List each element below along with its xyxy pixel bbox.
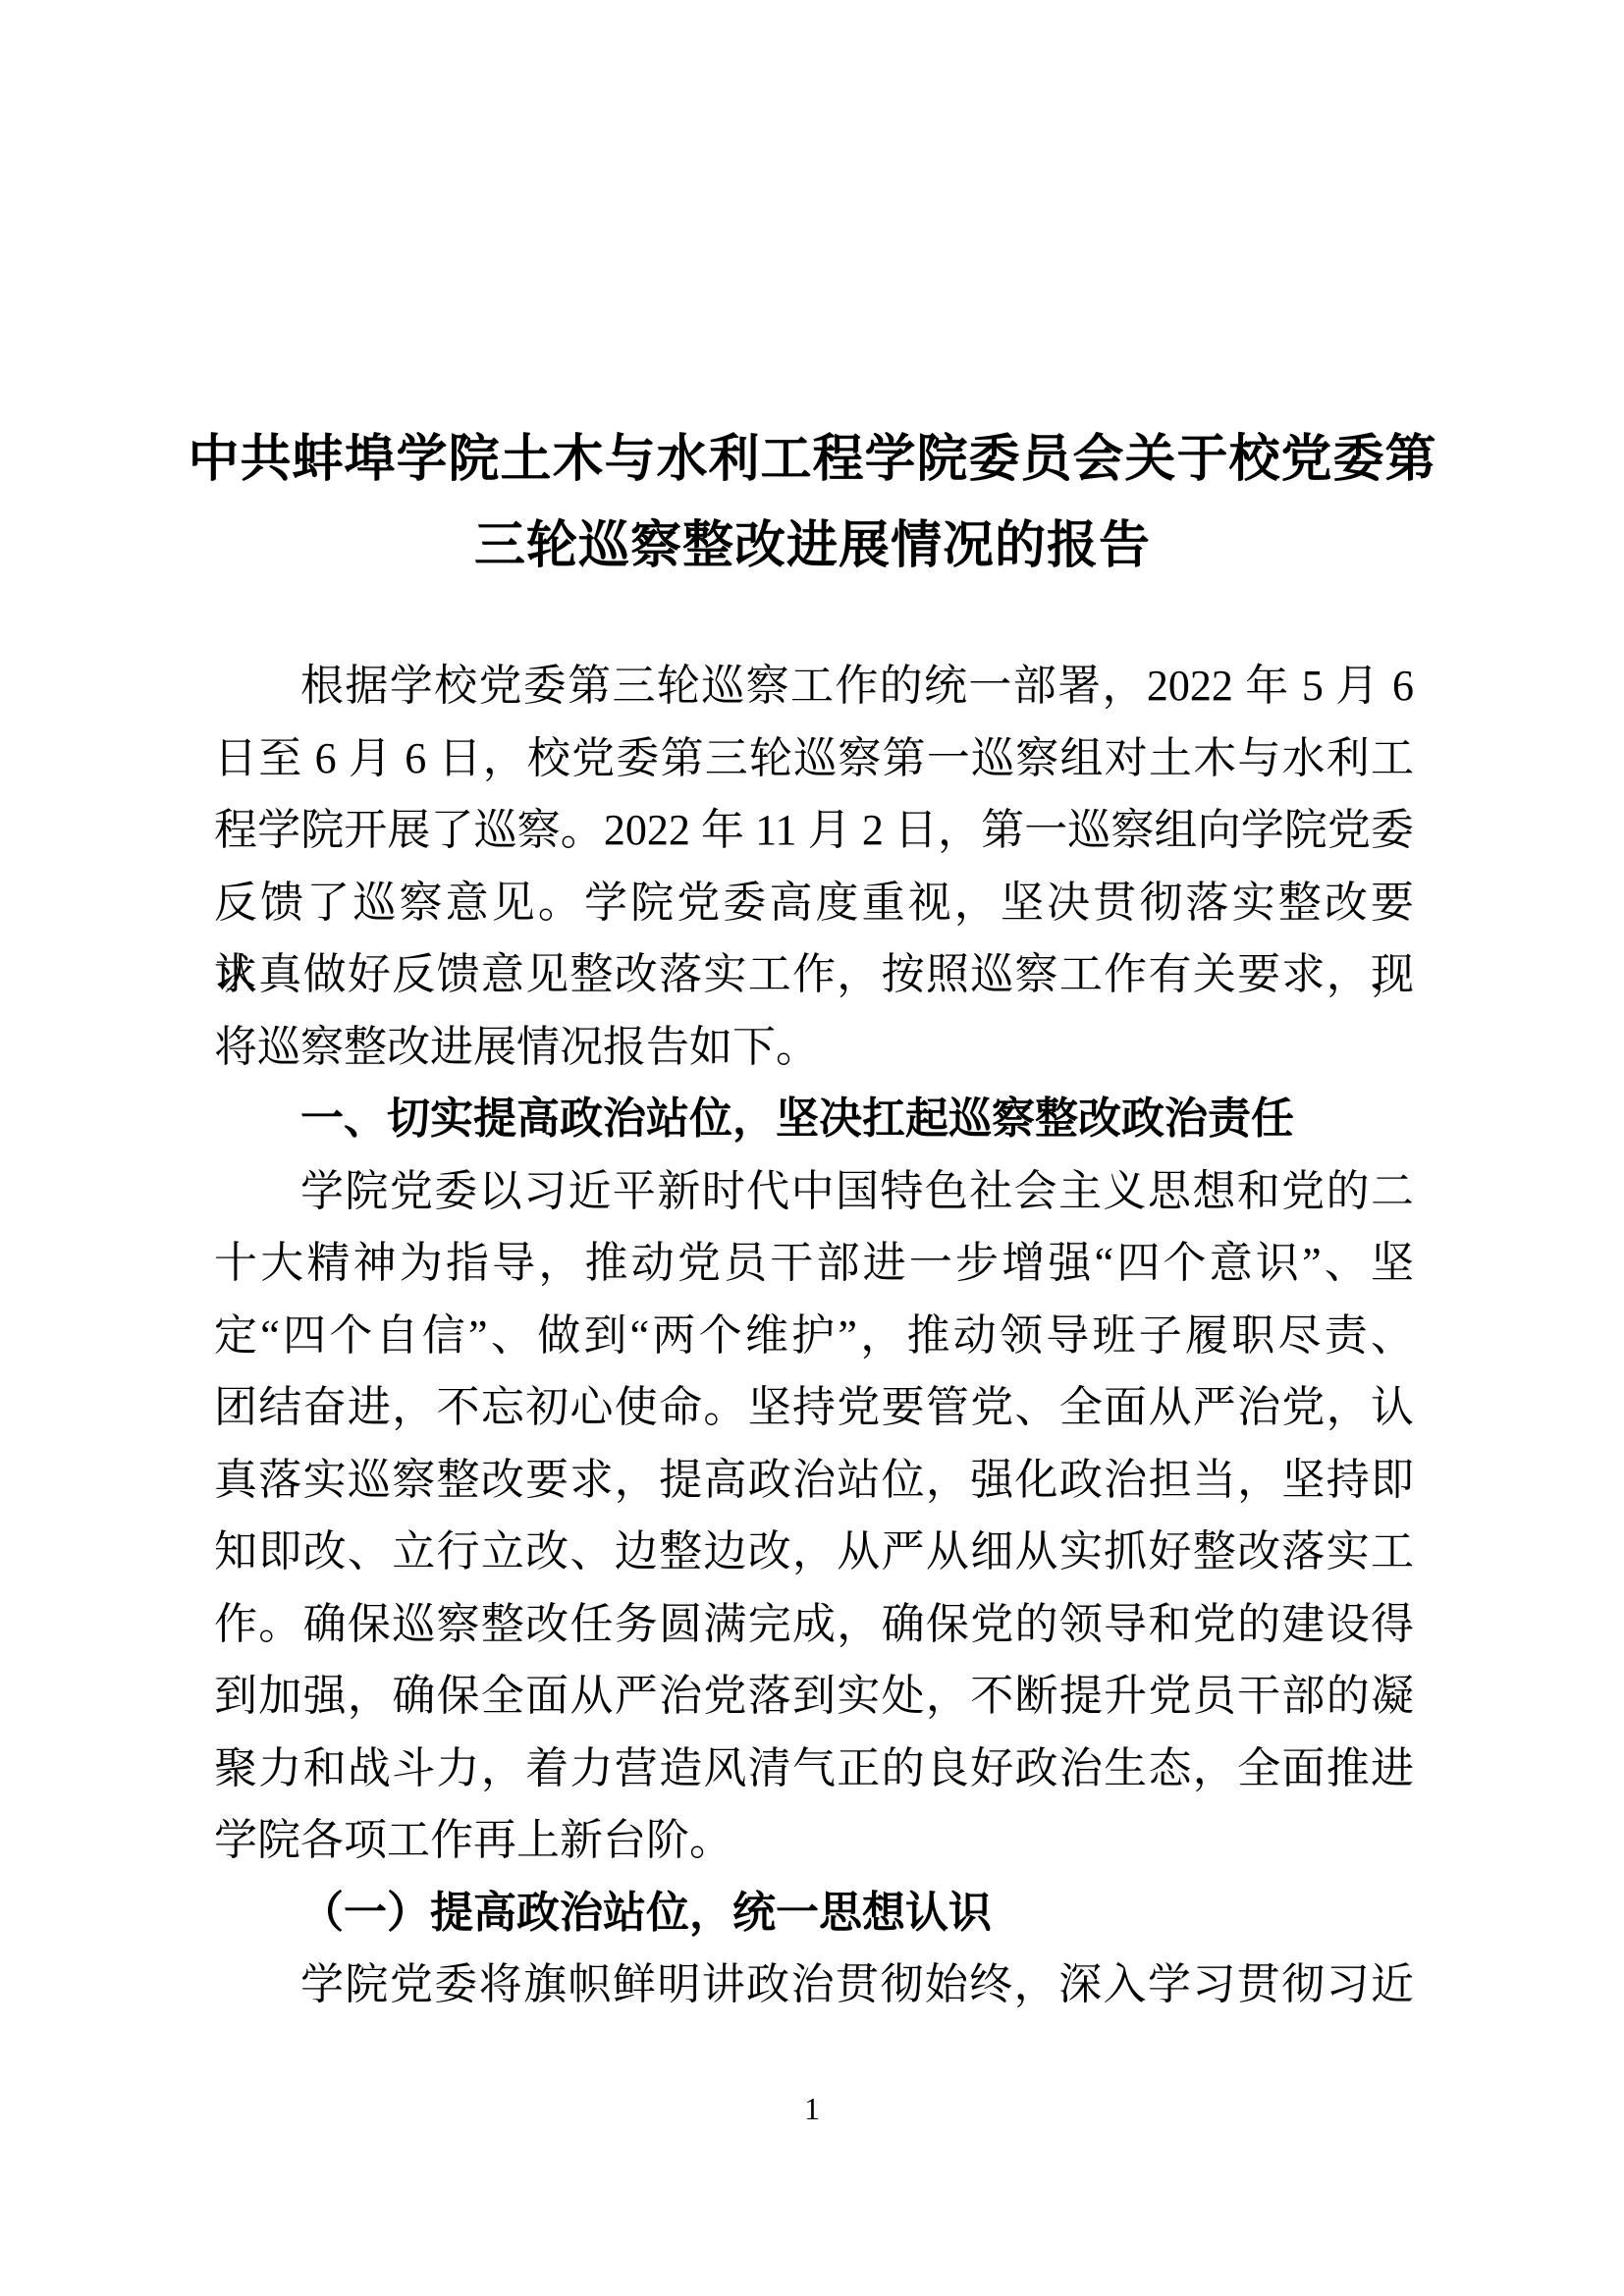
text-line: 知即改、立行立改、边整边改，从严从细从实抓好整改落实工	[214, 1516, 1414, 1588]
text-line: 作。确保巡察整改任务圆满完成，确保党的领导和党的建设得	[214, 1588, 1414, 1661]
text-line: 聚力和战斗力，着力营造风清气正的良好政治生态，全面推进	[214, 1733, 1414, 1805]
text-line: 程学院开展了巡察。2022 年 11 月 2 日，第一巡察组向学院党委	[214, 794, 1414, 867]
document-title: 中共蚌埠学院土木与水利工程学院委员会关于校党委第 三轮巡察整改进展情况的报告	[187, 417, 1438, 590]
heading-line: 一、切实提高政治站位，坚决扛起巡察整改政治责任	[214, 1083, 1414, 1155]
page-number: 1	[804, 2091, 820, 2126]
text-line: 反馈了巡察意见。学院党委高度重视，坚决贯彻落实整改要求，	[214, 867, 1414, 939]
text-line: 学院各项工作再上新台阶。	[214, 1804, 1414, 1877]
text-line: 学院党委以习近平新时代中国特色社会主义思想和党的二	[214, 1155, 1414, 1228]
text-line: 团结奋进，不忘初心使命。坚持党要管党、全面从严治党，认	[214, 1371, 1414, 1444]
text-line: 认真做好反馈意见整改落实工作，按照巡察工作有关要求，现	[214, 938, 1414, 1011]
heading-line: （一）提高政治站位，统一思想认识	[214, 1877, 1414, 1949]
title-line-1: 中共蚌埠学院土木与水利工程学院委员会关于校党委第	[187, 417, 1438, 504]
page-footer: 1	[0, 2089, 1624, 2128]
text-line: 日至 6 月 6 日，校党委第三轮巡察第一巡察组对土木与水利工	[214, 722, 1414, 795]
text-line: 学院党委将旗帜鲜明讲政治贯彻始终，深入学习贯彻习近	[214, 1949, 1414, 2021]
document-body: 根据学校党委第三轮巡察工作的统一部署，2022 年 5 月 6日至 6 月 6 …	[214, 650, 1414, 2021]
text-line: 将巡察整改进展情况报告如下。	[214, 1011, 1414, 1084]
text-line: 根据学校党委第三轮巡察工作的统一部署，2022 年 5 月 6	[214, 650, 1414, 722]
text-line: 真落实巡察整改要求，提高政治站位，强化政治担当，坚持即	[214, 1444, 1414, 1517]
text-line: 定“四个自信”、做到“两个维护”，推动领导班子履职尽责、	[214, 1300, 1414, 1372]
document-page: 中共蚌埠学院土木与水利工程学院委员会关于校党委第 三轮巡察整改进展情况的报告 根…	[0, 0, 1624, 2296]
title-line-2: 三轮巡察整改进展情况的报告	[187, 504, 1438, 590]
text-line: 到加强，确保全面从严治党落到实处，不断提升党员干部的凝	[214, 1660, 1414, 1733]
text-line: 十大精神为指导，推动党员干部进一步增强“四个意识”、坚	[214, 1227, 1414, 1300]
